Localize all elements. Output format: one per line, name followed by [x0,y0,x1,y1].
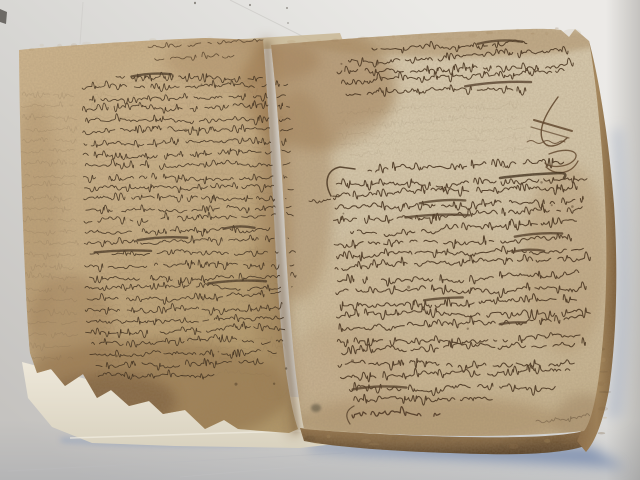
paper-grain [15,25,623,457]
wall-speck [249,4,251,6]
wall-speck [286,7,288,9]
scene-canvas [0,0,640,480]
wall-speck [194,2,196,4]
photo-of-open-manuscript: Photograph of an open early-modern manus… [0,0,640,480]
wall-speck [287,22,289,24]
